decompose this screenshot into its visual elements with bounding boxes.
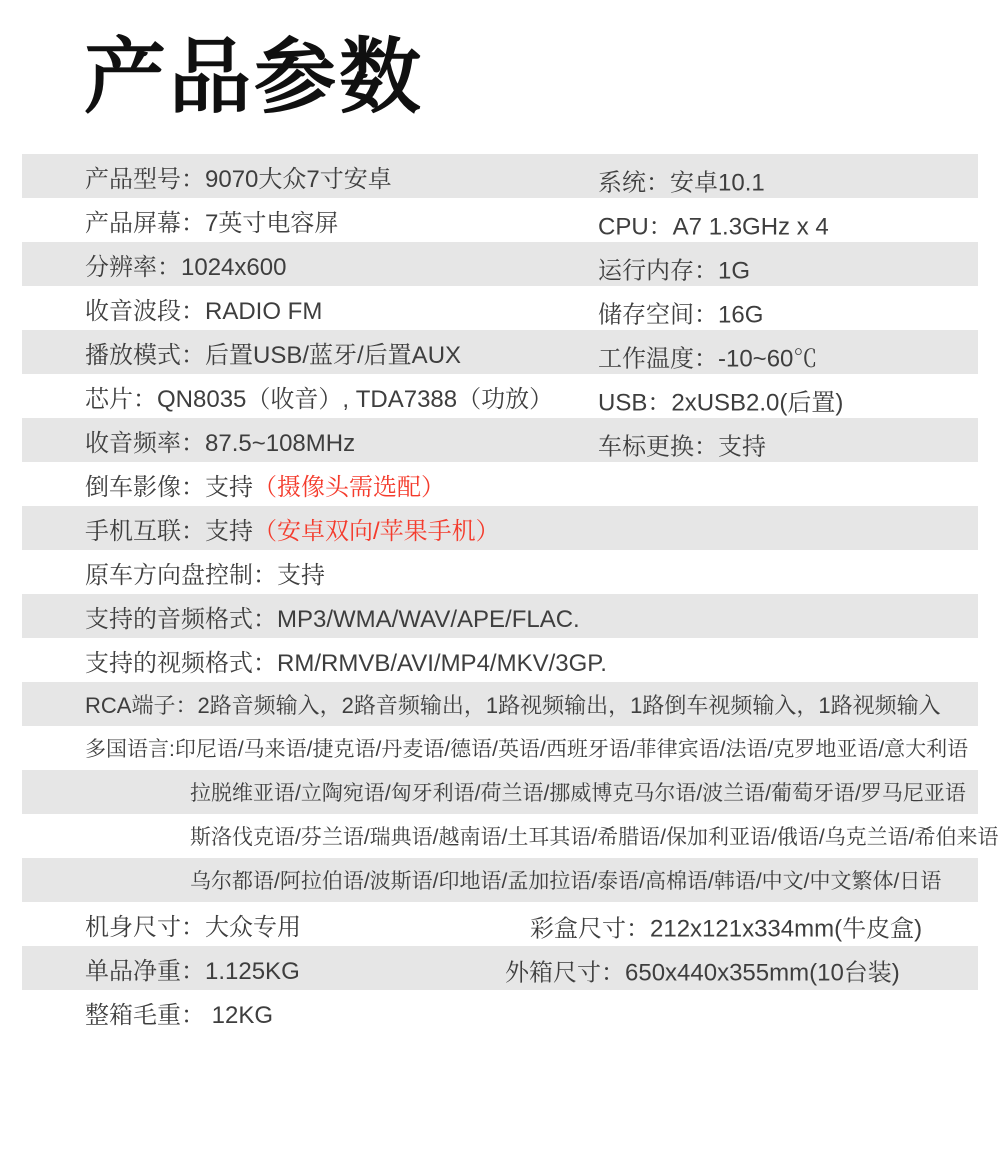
spec-screen: 产品屏幕：7英寸电容屏 <box>22 203 338 238</box>
spec-chips: 芯片：QN8035（收音）, TDA7388（功放） <box>22 379 553 414</box>
spec-ram: 运行内存：1G <box>598 251 750 286</box>
spec-languages-line1: 多国语言:印尼语/马来语/捷克语/丹麦语/德语/英语/西班牙语/菲律宾语/法语/… <box>22 733 968 763</box>
spec-unit-size: 机身尺寸：大众专用 <box>22 907 301 942</box>
spec-row-weight-carton: 单品净重：1.125KG 外箱尺寸：650x440x355mm(10台装) <box>22 946 978 990</box>
spec-row-languages-3: 斯洛伐克语/芬兰语/瑞典语/越南语/土耳其语/希腊语/保加利亚语/俄语/乌克兰语… <box>22 814 978 858</box>
spec-row-unit-size-box: 机身尺寸：大众专用 彩盒尺寸：212x121x334mm(牛皮盒) <box>22 902 978 946</box>
spec-phone-link-text: 手机互联：支持 <box>85 518 253 545</box>
spec-row-freq-logo: 收音频率：87.5~108MHz 车标更换：支持 <box>22 418 978 462</box>
spec-languages-line2: 拉脱维亚语/立陶宛语/匈牙利语/荷兰语/挪威博克马尔语/波兰语/葡萄牙语/罗马尼… <box>22 777 966 807</box>
spec-row-chip-usb: 芯片：QN8035（收音）, TDA7388（功放） USB：2xUSB2.0(… <box>22 374 978 418</box>
spec-reverse-camera-text: 倒车影像：支持 <box>85 474 253 501</box>
spec-color-box: 彩盒尺寸：212x121x334mm(牛皮盒) <box>530 909 922 944</box>
spec-row-radio-storage: 收音波段：RADIO FM 储存空间：16G <box>22 286 978 330</box>
page-title: 产品参数 <box>84 12 424 129</box>
spec-row-gross-weight: 整箱毛重： 12KG <box>22 990 978 1034</box>
spec-radio-band: 收音波段：RADIO FM <box>22 291 322 326</box>
spec-row-audio-formats: 支持的音频格式：MP3/WMA/WAV/APE/FLAC. <box>22 594 978 638</box>
spec-phone-link: 手机互联：支持（安卓双向/苹果手机） <box>22 511 500 546</box>
spec-usb: USB：2xUSB2.0(后置) <box>598 383 843 418</box>
spec-video-formats: 支持的视频格式：RM/RMVB/AVI/MP4/MKV/3GP. <box>22 643 607 678</box>
product-spec-table: 产品型号：9070大众7寸安卓 系统：安卓10.1 产品屏幕：7英寸电容屏 CP… <box>22 154 978 1034</box>
spec-row-rca: RCA端子：2路音频输入，2路音频输出，1路视频输出，1路倒车视频输入，1路视频… <box>22 682 978 726</box>
spec-cpu: CPU：A7 1.3GHz x 4 <box>598 207 829 242</box>
spec-logo-change: 车标更换：支持 <box>598 427 766 462</box>
spec-playback-modes: 播放模式：后置USB/蓝牙/后置AUX <box>22 335 461 370</box>
spec-row-steering-wheel: 原车方向盘控制：支持 <box>22 550 978 594</box>
spec-row-video-formats: 支持的视频格式：RM/RMVB/AVI/MP4/MKV/3GP. <box>22 638 978 682</box>
spec-row-languages-4: 乌尔都语/阿拉伯语/波斯语/印地语/孟加拉语/泰语/高棉语/韩语/中文/中文繁体… <box>22 858 978 902</box>
spec-work-temp: 工作温度：-10~60℃ <box>598 339 817 374</box>
spec-radio-freq: 收音频率：87.5~108MHz <box>22 423 355 458</box>
spec-resolution: 分辨率：1024x600 <box>22 247 286 282</box>
spec-steering-wheel: 原车方向盘控制：支持 <box>22 555 325 590</box>
spec-row-resolution-ram: 分辨率：1024x600 运行内存：1G <box>22 242 978 286</box>
spec-languages-line3: 斯洛伐克语/芬兰语/瑞典语/越南语/土耳其语/希腊语/保加利亚语/俄语/乌克兰语… <box>22 821 999 851</box>
spec-row-languages-1: 多国语言:印尼语/马来语/捷克语/丹麦语/德语/英语/西班牙语/菲律宾语/法语/… <box>22 726 978 770</box>
spec-row-model-system: 产品型号：9070大众7寸安卓 系统：安卓10.1 <box>22 154 978 198</box>
spec-storage: 储存空间：16G <box>598 295 763 330</box>
spec-row-languages-2: 拉脱维亚语/立陶宛语/匈牙利语/荷兰语/挪威博克马尔语/波兰语/葡萄牙语/罗马尼… <box>22 770 978 814</box>
spec-gross-weight: 整箱毛重： 12KG <box>22 995 273 1030</box>
spec-carton-size: 外箱尺寸：650x440x355mm(10台装) <box>505 953 900 988</box>
spec-reverse-camera: 倒车影像：支持（摄像头需选配） <box>22 467 445 502</box>
spec-row-reverse-camera: 倒车影像：支持（摄像头需选配） <box>22 462 978 506</box>
spec-net-weight: 单品净重：1.125KG <box>22 951 300 986</box>
spec-phone-link-note: （安卓双向/苹果手机） <box>253 518 500 545</box>
spec-row-phone-link: 手机互联：支持（安卓双向/苹果手机） <box>22 506 978 550</box>
spec-audio-formats: 支持的音频格式：MP3/WMA/WAV/APE/FLAC. <box>22 599 580 634</box>
spec-row-screen-cpu: 产品屏幕：7英寸电容屏 CPU：A7 1.3GHz x 4 <box>22 198 978 242</box>
spec-row-playback-temp: 播放模式：后置USB/蓝牙/后置AUX 工作温度：-10~60℃ <box>22 330 978 374</box>
spec-model: 产品型号：9070大众7寸安卓 <box>22 159 392 194</box>
spec-rca-ports: RCA端子：2路音频输入，2路音频输出，1路视频输出，1路倒车视频输入，1路视频… <box>22 689 941 720</box>
spec-languages-line4: 乌尔都语/阿拉伯语/波斯语/印地语/孟加拉语/泰语/高棉语/韩语/中文/中文繁体… <box>22 865 941 895</box>
spec-reverse-camera-note: （摄像头需选配） <box>253 474 445 501</box>
spec-system: 系统：安卓10.1 <box>598 163 765 198</box>
